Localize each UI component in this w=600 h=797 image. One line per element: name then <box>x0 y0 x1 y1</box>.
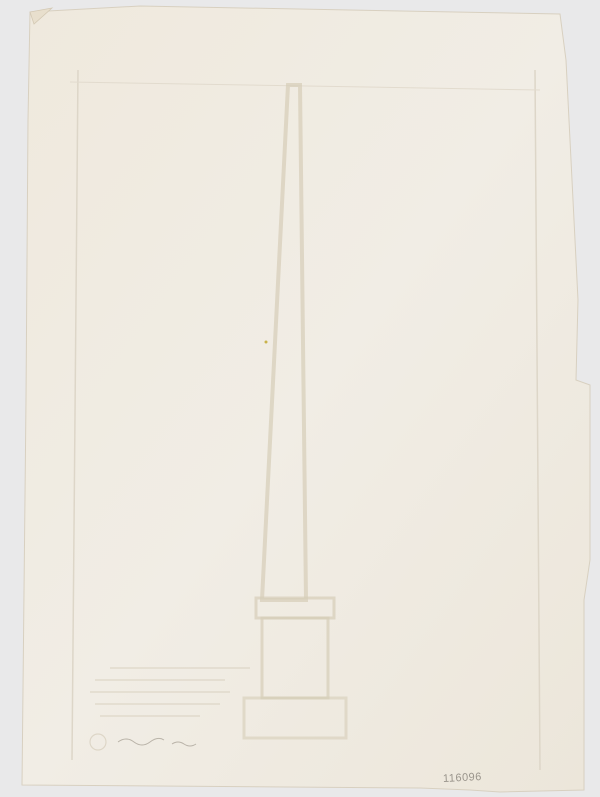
sheet-shape <box>22 6 590 792</box>
inventory-number: 116096 <box>443 771 482 785</box>
paper-sheet <box>0 0 600 797</box>
